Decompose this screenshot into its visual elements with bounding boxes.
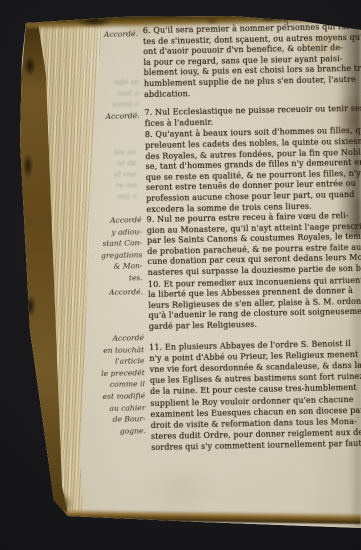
paragraph: 8. Qu'ayant à beaux iours soit d'hommes … bbox=[145, 126, 361, 216]
margin-note: Accordéy adiou-stant Con-gregations& Mon… bbox=[100, 214, 143, 284]
margin-note-line: stant Con- bbox=[101, 237, 142, 249]
bleedthrough-line: les au bbox=[96, 146, 136, 158]
margin-note-line: Accordé. bbox=[109, 286, 143, 298]
bleedthrough-line: uoy a bbox=[97, 190, 137, 202]
paragraph: 9. Nul ne pourra estre receu à faire vœu… bbox=[147, 210, 361, 278]
book-block: 5 6. Qu'il sera premier à nommer personn… bbox=[0, 0, 361, 550]
bleedthrough-line: ussi a bbox=[99, 87, 139, 99]
margin-note-line: au cahier bbox=[102, 402, 146, 414]
bleedthrough-line: re les bbox=[97, 179, 137, 191]
margin-note-line: gregations bbox=[101, 249, 142, 261]
margin-note-line: tes. bbox=[101, 272, 142, 284]
bleedthrough-line: esme c bbox=[99, 98, 139, 110]
margin-note: Accordé. bbox=[109, 286, 143, 298]
margin-note-line: y adiou- bbox=[101, 226, 142, 238]
margin-note-line: comme il bbox=[101, 379, 145, 391]
margin-note-line: de Bour- bbox=[102, 413, 146, 425]
paragraph: 6. Qu'il sera premier à nommer personnes… bbox=[143, 21, 361, 100]
margin-note-line: le precedēt bbox=[101, 367, 145, 379]
margin-note: Accordéen touchātl'articlele precedētcom… bbox=[100, 332, 146, 437]
margin-note-line: gogne. bbox=[102, 425, 146, 437]
bleedthrough-text: nde seussi aesme carits bbox=[99, 76, 140, 121]
margin-note-line: & Mon- bbox=[101, 261, 142, 273]
printed-content: 5 6. Qu'il sera premier à nommer personn… bbox=[0, 0, 361, 550]
margin-note-line: l'article bbox=[101, 355, 145, 367]
bleedthrough-text: les aunt dest vnere lesuoy a bbox=[96, 146, 137, 202]
margin-note-line: Accordé bbox=[100, 332, 144, 344]
margin-note-line: Accordé bbox=[100, 214, 141, 226]
margin-notes: Accordé.Accordé.Accordéy adiou-stant Con… bbox=[89, 0, 141, 1]
paragraph: 10. Et pour remedier aux inconueniens qu… bbox=[148, 275, 361, 333]
bleedthrough-line: nt de bbox=[96, 157, 136, 169]
photo-of-book-page: 5 6. Qu'il sera premier à nommer personn… bbox=[0, 0, 361, 550]
bleedthrough-line: arits bbox=[99, 109, 139, 121]
margin-note: Accordé. bbox=[104, 28, 138, 40]
margin-note-line: Accordé. bbox=[104, 28, 138, 40]
bleedthrough-line: nde se bbox=[99, 76, 139, 88]
bleedthrough-line: st vne bbox=[97, 168, 137, 180]
margin-note-line: est modifié bbox=[102, 390, 146, 402]
margin-note-line: en touchāt bbox=[101, 344, 145, 356]
paragraph: 11. En plusieurs Abbayes de l'ordre S. B… bbox=[149, 337, 361, 454]
main-text: 6. Qu'il sera premier à nommer personnes… bbox=[143, 21, 361, 453]
